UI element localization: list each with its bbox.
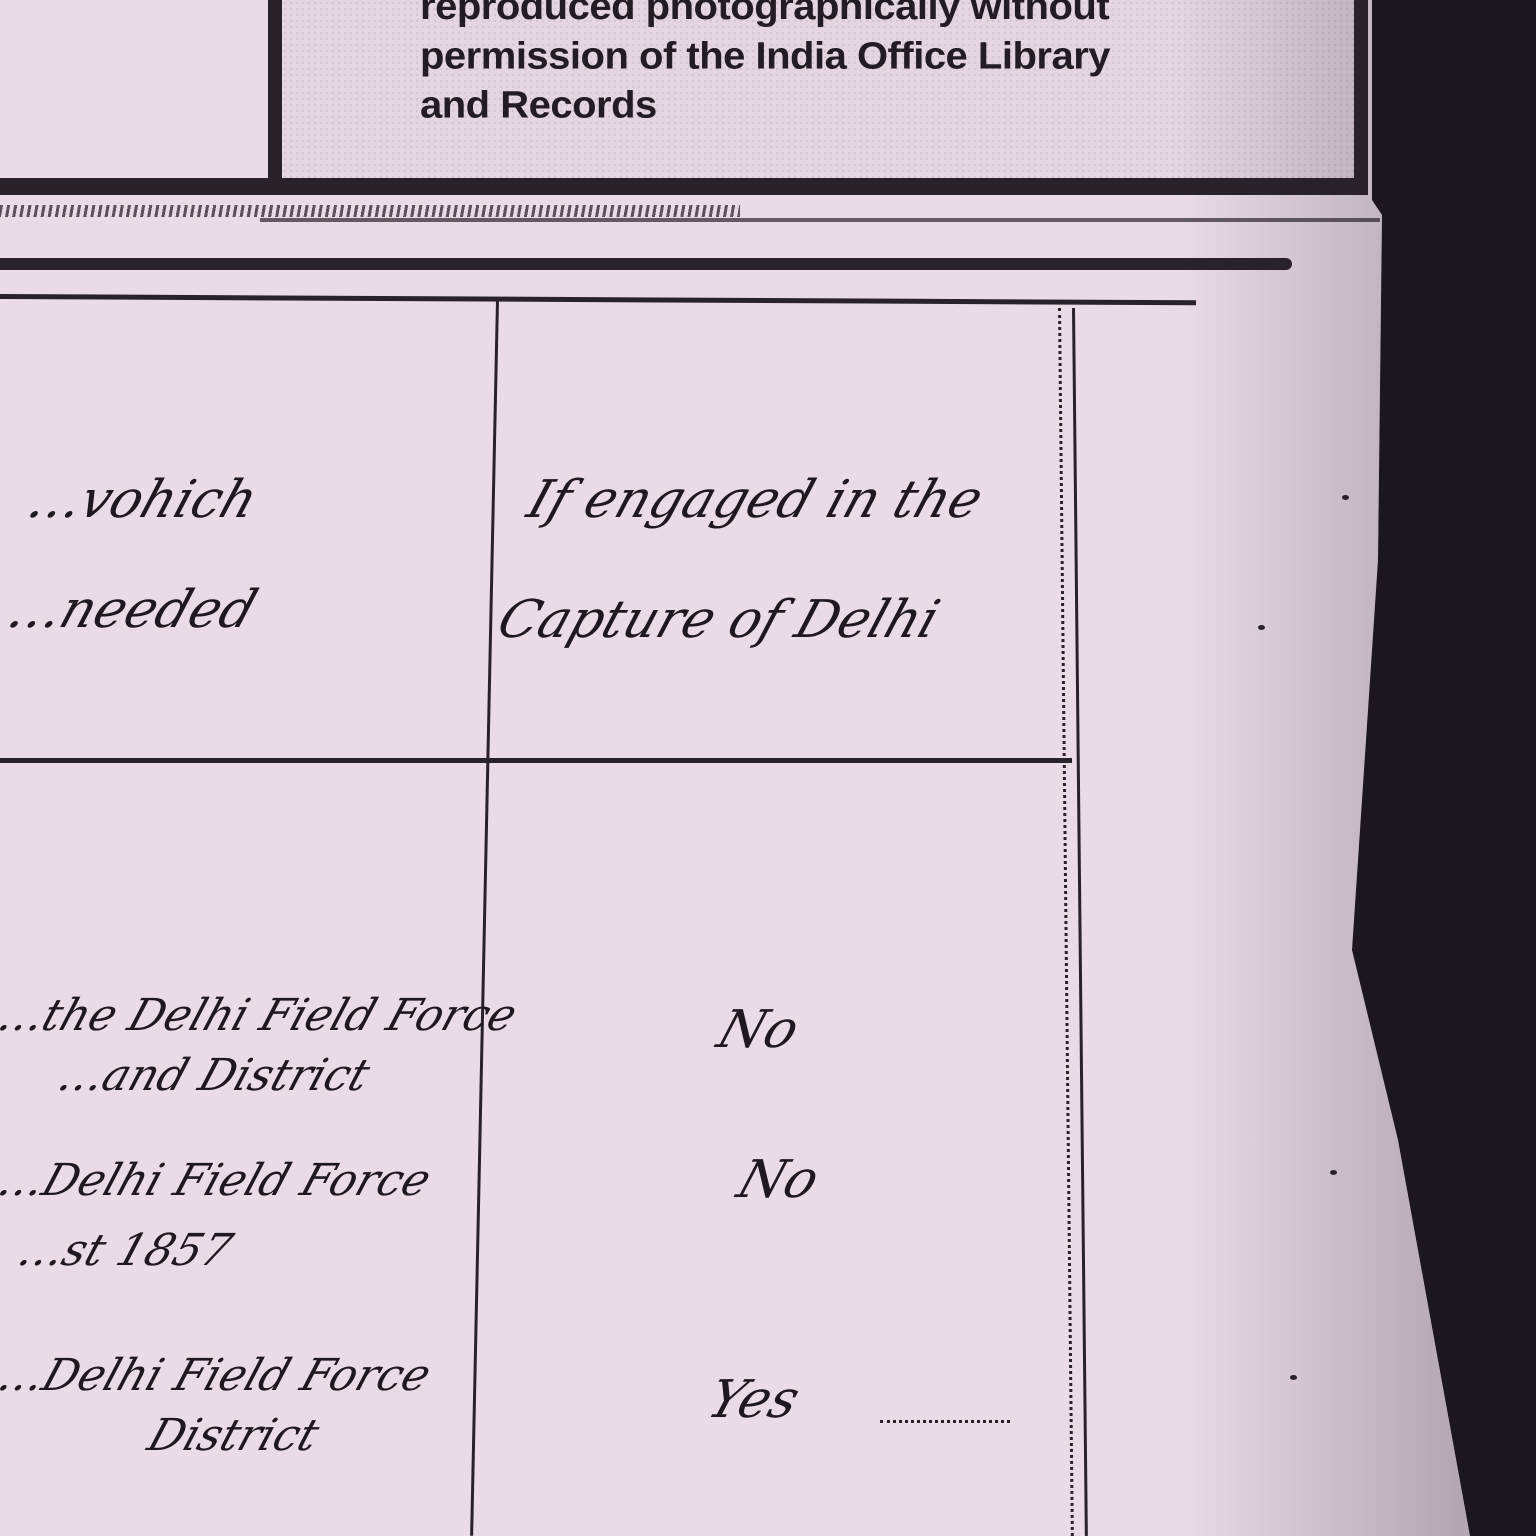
header-left-line-2: …needed: [0, 580, 264, 640]
copyright-notice: reproduced photographically without perm…: [420, 0, 1300, 130]
hatched-border-line: [0, 205, 740, 217]
header-right-line-2: Capture of Delhi: [490, 590, 946, 650]
copyright-line-3: and Records: [420, 81, 1300, 130]
ink-speck: [1290, 1375, 1297, 1380]
row-3-answer-leader-dots: [880, 1420, 1010, 1423]
table-top-thick-rule: [0, 258, 1292, 270]
row-2-left-line-1: …Delhi Field Force: [0, 1155, 437, 1206]
top-thin-rule: [260, 218, 1380, 222]
row-2-answer: No: [730, 1150, 826, 1210]
document-page: reproduced photographically without perm…: [0, 0, 1536, 1536]
row-3-left-line-2: District: [142, 1410, 326, 1461]
header-right-line-1: If engaged in the: [520, 470, 990, 530]
column-divider-middle: [470, 300, 499, 1536]
table-top-thin-rule: [0, 294, 1196, 305]
row-3-left-line-1: …Delhi Field Force: [0, 1350, 437, 1401]
ink-speck: [1330, 1170, 1337, 1175]
row-3-answer: Yes: [700, 1370, 807, 1430]
row-1-left-line-1: …the Delhi Field Force: [0, 990, 523, 1041]
header-row-divider: [0, 758, 1072, 763]
stamp-left-panel: [0, 0, 282, 192]
row-2-left-line-2: …st 1857: [12, 1225, 239, 1276]
copyright-line-1: reproduced photographically without: [420, 0, 1300, 31]
ink-speck: [1258, 625, 1265, 630]
ink-speck: [1342, 495, 1349, 500]
row-1-left-line-2: …and District: [52, 1050, 376, 1101]
header-left-line-1: …vohich: [20, 470, 265, 530]
copyright-line-2: permission of the India Office Library: [420, 31, 1300, 80]
stamp-outer-rule: [0, 192, 1368, 195]
row-1-answer: No: [710, 1000, 806, 1060]
